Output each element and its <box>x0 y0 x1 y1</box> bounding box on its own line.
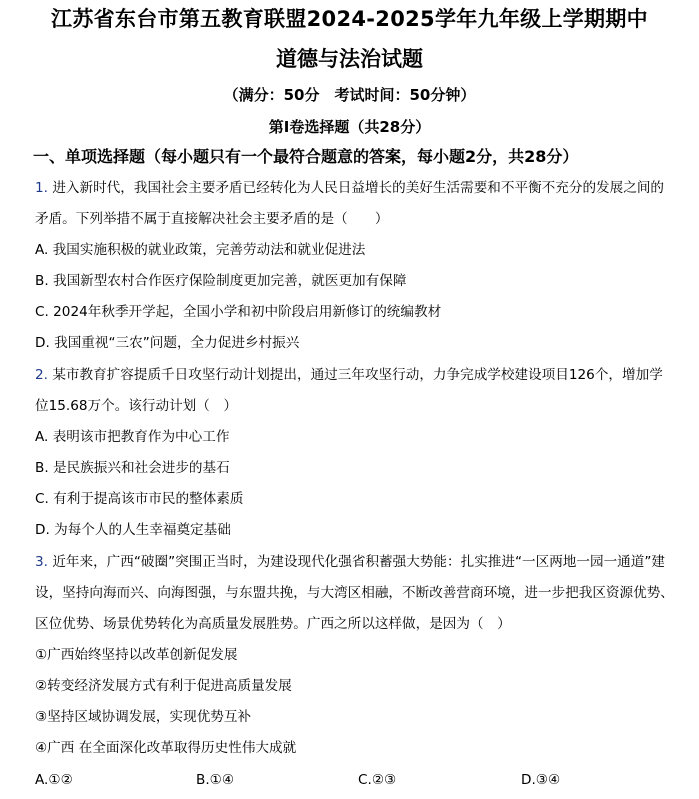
score-and-time-info: （满分：50分 考试时间：50分钟） <box>0 84 699 106</box>
question-3-statement-4: ④广西 在全面深化改革取得历史性伟大成就 <box>35 738 687 758</box>
question-1-stem-line1: 1. 进入新时代，我国社会主要矛盾已经转化为人民日益增长的美好生活需要和不平衡不… <box>35 178 687 198</box>
option-text: ①④ <box>210 772 234 788</box>
option-label: B. <box>196 772 210 788</box>
question-number: 2. <box>35 367 48 383</box>
option-label: A. <box>35 429 48 445</box>
option-text: 是民族振兴和社会进步的基石 <box>53 460 230 476</box>
option-label: B. <box>35 460 49 476</box>
option-label: C. <box>35 304 49 320</box>
question-1-option-a: A. 我国实施积极的就业政策，完善劳动法和就业促进法 <box>35 240 687 260</box>
question-3-statement-2: ②转变经济发展方式有利于促进高质量发展 <box>35 676 687 696</box>
option-text: 我国重视“三农”问题，全力促进乡村振兴 <box>54 335 299 351</box>
question-1-option-d: D. 我国重视“三农”问题，全力促进乡村振兴 <box>35 333 687 353</box>
question-3-options: A.①② B.①④ C.②③ D.③④ <box>0 770 699 792</box>
option-text: ③④ <box>536 772 560 788</box>
question-3-stem-line1: 3. 近年来，广西“破圈”突围正当时，为建设现代化强省积蓄强大势能：扎实推进“一… <box>35 552 687 572</box>
question-3-option-a: A.①② <box>35 770 73 790</box>
section-heading: 一、单项选择题（每小题只有一个最符合题意的答案，每小题2分，共28分） <box>33 146 693 168</box>
option-label: C. <box>358 772 372 788</box>
option-text: ①② <box>48 772 72 788</box>
question-1-stem-line2: 矛盾。下列举措不属于直接解决社会主要矛盾的是（ ） <box>35 209 687 229</box>
exam-page: 江苏省东台市第五教育联盟2024-2025学年九年级上学期期中 道德与法治试题 … <box>0 0 699 799</box>
option-text: 我国实施积极的就业政策，完善劳动法和就业促进法 <box>53 242 366 258</box>
option-label: D. <box>35 335 50 351</box>
option-label: C. <box>35 491 49 507</box>
option-text: 有利于提高该市市民的整体素质 <box>53 491 243 507</box>
question-text: 某市教育扩容提质千日攻坚行动计划提出，通过三年攻坚行动，力争完成学校建设项目12… <box>52 367 662 383</box>
question-3-statement-1: ①广西始终坚持以改革创新促发展 <box>35 645 687 665</box>
question-text: 近年来，广西“破圈”突围正当时，为建设现代化强省积蓄强大势能：扎实推进“一区两地… <box>52 554 665 570</box>
question-3-option-b: B.①④ <box>196 770 234 790</box>
question-3-stem-line3: 区位优势、场景优势转化为高质量发展胜势。广西之所以这样做，是因为（ ） <box>35 614 687 634</box>
question-3-option-c: C.②③ <box>358 770 396 790</box>
option-text: 2024年秋季开学起，全国小学和初中阶段启用新修订的统编教材 <box>53 304 441 320</box>
question-3-stem-line2: 设，坚持向海而兴、向海图强，与东盟共挽，与大湾区相融，不断改善营商环境，进一步把… <box>35 583 687 603</box>
question-2-option-b: B. 是民族振兴和社会进步的基石 <box>35 458 687 478</box>
option-label: D. <box>521 772 536 788</box>
question-3-statement-3: ③坚持区域协调发展，实现优势互补 <box>35 707 687 727</box>
option-text: 我国新型农村合作医疗保险制度更加完善，就医更加有保障 <box>53 273 406 289</box>
question-number: 1. <box>35 180 48 196</box>
question-1-option-b: B. 我国新型农村合作医疗保险制度更加完善，就医更加有保障 <box>35 271 687 291</box>
option-label: A. <box>35 242 48 258</box>
question-2-stem-line1: 2. 某市教育扩容提质千日攻坚行动计划提出，通过三年攻坚行动，力争完成学校建设项… <box>35 365 687 385</box>
question-number: 3. <box>35 554 48 570</box>
exam-subject-title: 道德与法治试题 <box>0 45 699 73</box>
question-text: 进入新时代，我国社会主要矛盾已经转化为人民日益增长的美好生活需要和不平衡不充分的… <box>52 180 664 196</box>
option-label: A. <box>35 772 48 788</box>
question-2-option-a: A. 表明该市把教育作为中心工作 <box>35 427 687 447</box>
option-text: 表明该市把教育作为中心工作 <box>53 429 230 445</box>
option-label: D. <box>35 522 50 538</box>
option-label: B. <box>35 273 49 289</box>
question-2-option-c: C. 有利于提高该市市民的整体素质 <box>35 489 687 509</box>
question-1-option-c: C. 2024年秋季开学起，全国小学和初中阶段启用新修订的统编教材 <box>35 302 687 322</box>
question-2-stem-line2: 位15.68万个。该行动计划（ ） <box>35 396 687 416</box>
question-2-option-d: D. 为每个人的人生幸福奠定基础 <box>35 520 687 540</box>
question-3-option-d: D.③④ <box>521 770 560 790</box>
exam-title: 江苏省东台市第五教育联盟2024-2025学年九年级上学期期中 <box>0 5 699 33</box>
option-text: 为每个人的人生幸福奠定基础 <box>54 522 231 538</box>
part-title: 第Ⅰ卷选择题（共28分） <box>0 116 699 138</box>
option-text: ②③ <box>372 772 396 788</box>
